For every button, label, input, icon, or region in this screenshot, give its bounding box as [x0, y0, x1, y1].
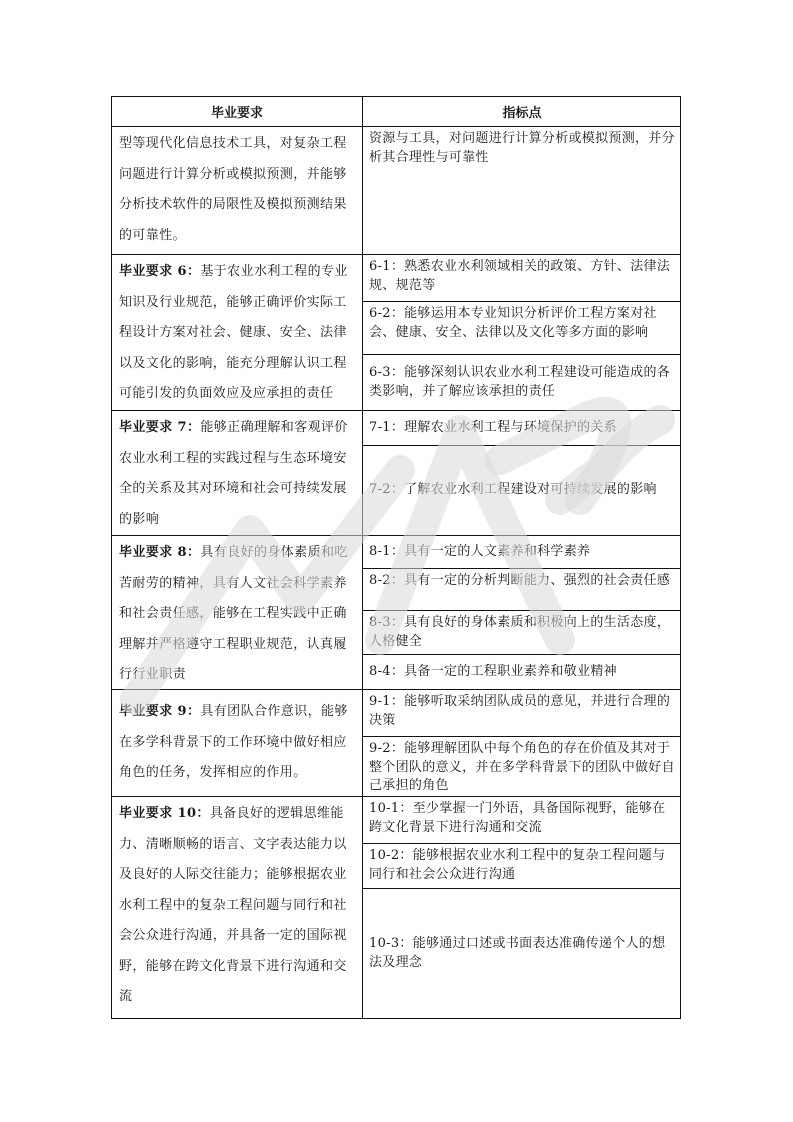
header-indicator: 指标点: [363, 97, 681, 126]
indicator-text: 6-3：能够深刻认识农业水利工程建设可能造成的各类影响，并了解应该承担的责任: [369, 365, 670, 399]
requirement-text: 型等现代化信息技术工具，对复杂工程问题进行计算分析或模拟预测，并能够分析技术软件…: [119, 136, 347, 243]
indicator-7-1: 7-1：理解农业水利工程与环境保护的关系: [363, 411, 681, 445]
indicator-8-3: 8-3：具有良好的身体素质和积极向上的生活态度，人格健全: [363, 611, 681, 654]
indicator-text: 7-1：理解农业水利工程与环境保护的关系: [369, 419, 617, 438]
indicator-8-2: 8-2：具有一定的分析判断能力、强烈的社会责任感: [363, 569, 681, 610]
requirement-10-cell: 毕业要求 10：具备良好的逻辑思维能力、清晰顺畅的语言、文字表达能力以及良好的人…: [112, 797, 362, 1018]
requirement-label: 毕业要求 9：: [119, 704, 200, 719]
requirement-text: 具备良好的逻辑思维能力、清晰顺畅的语言、文字表达能力以及良好的人际交往能力；能够…: [119, 806, 347, 1004]
requirement-label: 毕业要求 8：: [119, 545, 200, 560]
indicator-text: 9-2：能够理解团队中每个角色的存在价值及其对于整个团队的意义，并在多学科背景下…: [369, 741, 675, 793]
indicator-text: 7-2：了解农业水利工程建设对可持续发展的影响: [369, 481, 657, 500]
indicator-text: 6-1：熟悉农业水利领域相关的政策、方针、法律法规、规范等: [369, 259, 670, 293]
indicator-text: 8-2：具有一定的分析判断能力、强烈的社会责任感: [369, 573, 670, 588]
indicator-text: 8-3：具有良好的身体素质和积极向上的生活态度，人格健全: [369, 615, 670, 649]
indicator-text: 10-2：能够根据农业水利工程中的复杂工程问题与同行和社会公众进行沟通: [369, 848, 665, 882]
requirements-table: 毕业要求 指标点 型等现代化信息技术工具，对复杂工程问题进行计算分析或模拟预测，…: [111, 96, 681, 1019]
indicator-text: 6-2：能够运用本专业知识分析评价工程方案对社会、健康、安全、法律以及文化等多方…: [369, 306, 657, 340]
requirement-text: 具有良好的身体素质和吃苦耐劳的精神，具有人文社会科学素养和社会责任感，能够在工程…: [119, 545, 348, 682]
indicator-cell: 资源与工具，对问题进行计算分析或模拟预测，并分析其合理性与可靠性: [363, 127, 681, 254]
indicator-text: 10-3：能够通过口述或书面表达准确传递个人的想法及理念: [369, 935, 675, 972]
requirement-6-cell: 毕业要求 6：基于农业水利工程的专业知识及行业规范，能够正确评价实际工程设计方案…: [112, 255, 362, 410]
requirement-label: 毕业要求 10：: [119, 806, 210, 821]
requirement-9-cell: 毕业要求 9：具有团队合作意识，能够在多学科背景下的工作环境中做好相应角色的任务…: [112, 690, 362, 796]
indicator-8-4: 8-4：具备一定的工程职业素养和敬业精神: [363, 655, 681, 689]
requirement-label: 毕业要求 7：: [119, 420, 200, 435]
indicator-text: 8-4：具备一定的工程职业素养和敬业精神: [369, 663, 617, 682]
indicator-6-1: 6-1：熟悉农业水利领域相关的政策、方针、法律法规、规范等: [363, 255, 681, 301]
indicator-10-1: 10-1：至少掌握一门外语，具备国际视野，能够在跨文化背景下进行沟通和交流: [363, 797, 681, 843]
indicator-8-1: 8-1：具有一定的人文素养和科学素养: [363, 536, 681, 568]
indicator-text: 10-1：至少掌握一门外语，具备国际视野，能够在跨文化背景下进行沟通和交流: [369, 801, 665, 835]
indicator-9-1: 9-1：能够听取采纳团队成员的意见，并进行合理的决策: [363, 690, 681, 736]
indicator-text: 9-1：能够听取采纳团队成员的意见，并进行合理的决策: [369, 694, 670, 728]
requirement-text: 基于农业水利工程的专业知识及行业规范，能够正确评价实际工程设计方案对社会、健康、…: [119, 264, 348, 401]
indicator-6-2: 6-2：能够运用本专业知识分析评价工程方案对社会、健康、安全、法律以及文化等多方…: [363, 302, 681, 354]
requirement-7-cell: 毕业要求 7：能够正确理解和客观评价农业水利工程的实践过程与生态环境安全的关系及…: [112, 411, 362, 535]
indicator-text: 8-1：具有一定的人文素养和科学素养: [369, 543, 590, 562]
header-requirement: 毕业要求: [112, 97, 362, 126]
indicator-text: 资源与工具，对问题进行计算分析或模拟预测，并分析其合理性与可靠性: [369, 131, 675, 165]
indicator-7-2: 7-2：了解农业水利工程建设对可持续发展的影响: [363, 446, 681, 535]
requirement-8-cell: 毕业要求 8：具有良好的身体素质和吃苦耐劳的精神，具有人文社会科学素养和社会责任…: [112, 536, 362, 689]
indicator-10-2: 10-2：能够根据农业水利工程中的复杂工程问题与同行和社会公众进行沟通: [363, 844, 681, 888]
requirement-cell-continued: 型等现代化信息技术工具，对复杂工程问题进行计算分析或模拟预测，并能够分析技术软件…: [112, 127, 362, 254]
indicator-9-2: 9-2：能够理解团队中每个角色的存在价值及其对于整个团队的意义，并在多学科背景下…: [363, 737, 681, 796]
indicator-10-3: 10-3：能够通过口述或书面表达准确传递个人的想法及理念: [363, 889, 681, 1018]
requirement-text: 能够正确理解和客观评价农业水利工程的实践过程与生态环境安全的关系及其对环境和社会…: [119, 420, 348, 527]
requirement-label: 毕业要求 6：: [119, 264, 200, 279]
indicator-6-3: 6-3：能够深刻认识农业水利工程建设可能造成的各类影响，并了解应该承担的责任: [363, 355, 681, 410]
